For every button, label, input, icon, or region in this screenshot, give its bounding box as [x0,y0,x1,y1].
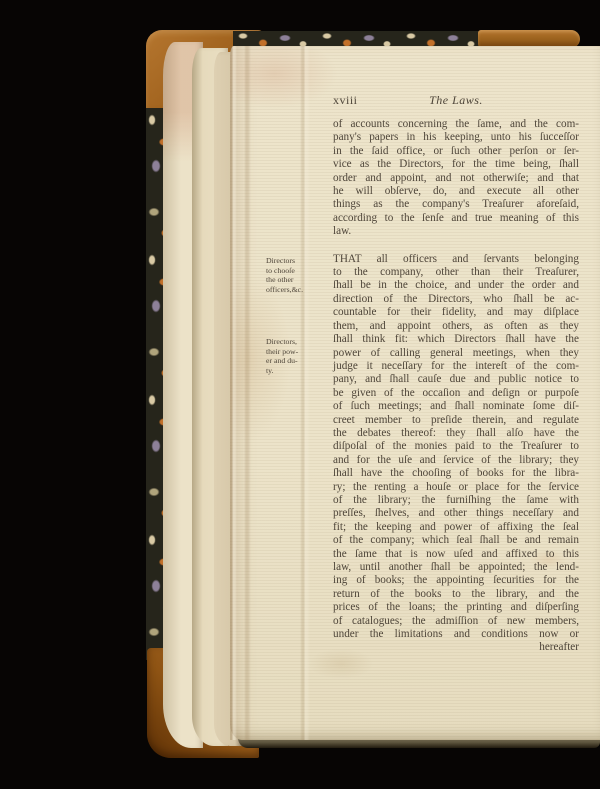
text-line: judge it neceſſary for the intereſt of t… [333,360,579,373]
margin-note-line: their pow- [266,347,330,357]
text-line: and for the uſe and ſervice of the libra… [333,454,579,467]
page-gutter-creases [230,46,350,740]
text-line: return of the books to the library, and … [333,588,579,601]
running-header: xviii The Laws. [333,93,579,109]
text-line: ſhall think fit: which Directors ſhall h… [333,333,579,346]
running-title: The Laws. [333,93,579,108]
text-line: law. [333,225,579,238]
text-line: of accounts concerning the ſame, and the… [333,118,579,131]
margin-note-line: Directors [266,256,330,266]
margin-note-line: officers,&c. [266,285,330,295]
text-line: ing of books; the appointing ſecurities … [333,574,579,587]
text-line: ſhall have the chooſing of books for the… [333,467,579,480]
text-line: the ſame that is now uſed and affixed to… [333,548,579,561]
text-line: ſhall be in the choice, and under the or… [333,279,579,292]
margin-note-line: ty. [266,366,330,376]
text-line: according to the ſenſe and true meaning … [333,212,579,225]
catchword: hereafter [333,641,579,654]
text-line: be given of the occaſion and deſign or p… [333,387,579,400]
paragraph-officers-directors: THAT all officers and ſervants belonging… [333,253,579,642]
text-line: to the company, other than their Treaſur… [333,266,579,279]
text-line: of the company; which ſeal ſhall be and … [333,534,579,547]
text-line: pany, and ſhall cauſe due and public not… [333,373,579,386]
text-line: of ſuch meetings; and ſhall nominate ſom… [333,400,579,413]
text-line: the debates thereof: they ſhall alſo hav… [333,427,579,440]
text-line: creet member to preſide therein, and reg… [333,414,579,427]
margin-note-line: to chooſe [266,266,330,276]
text-line: he will obſerve, do, and execute all oth… [333,185,579,198]
text-line: of catalogues; the admiſſion of new memb… [333,615,579,628]
text-line: under the limitations and conditions now… [333,628,579,641]
page-number: xviii [333,93,358,108]
text-line: things as the company's Treaſurer aforeſ… [333,198,579,211]
margin-note-directors-power-duty: Directors,their pow-er and du-ty. [266,337,330,375]
text-line: direction of the Directors, who ſhall be… [333,293,579,306]
text-column: of accounts concerning the ſame, and the… [333,118,579,655]
margin-note-directors-choose-officers: Directorsto chooſethe otherofficers,&c. [266,256,330,294]
text-line: power of calling general meetings, when … [333,347,579,360]
text-line: of the library; the furniſhing the ſame … [333,494,579,507]
text-line: THAT all officers and ſervants belonging [333,253,579,266]
text-line: law, until another ſhall be appointed; t… [333,561,579,574]
text-line: them, and appoint others, as often as th… [333,320,579,333]
text-line: order and appoint, and not otherwiſe; an… [333,172,579,185]
text-line: countable for their fidelity, and may di… [333,306,579,319]
text-line: ry; the renting a houſe or place for the… [333,481,579,494]
margin-note-line: Directors, [266,337,330,347]
book-page: xviii The Laws. Directorsto chooſethe ot… [230,46,600,740]
text-line: pany's papers in his keeping, unto his ſ… [333,131,579,144]
text-line: prices of the loans; the printing and di… [333,601,579,614]
paragraph-treasurer-accounts: of accounts concerning the ſame, and the… [333,118,579,239]
text-line: diſpoſal of the monies paid to the Treaſ… [333,440,579,453]
margin-note-line: er and du- [266,356,330,366]
text-line: vice as the Directors, for the time bein… [333,158,579,171]
margin-note-line: the other [266,275,330,285]
text-line: fit; the keeping and power of affixing t… [333,521,579,534]
text-line: preſſes, ſhelves, and other things neceſ… [333,507,579,520]
text-line: in the ſaid office, or ſuch other perſon… [333,145,579,158]
book-scan-background: { "page": { "page_number": "xviii", "run… [0,0,600,789]
